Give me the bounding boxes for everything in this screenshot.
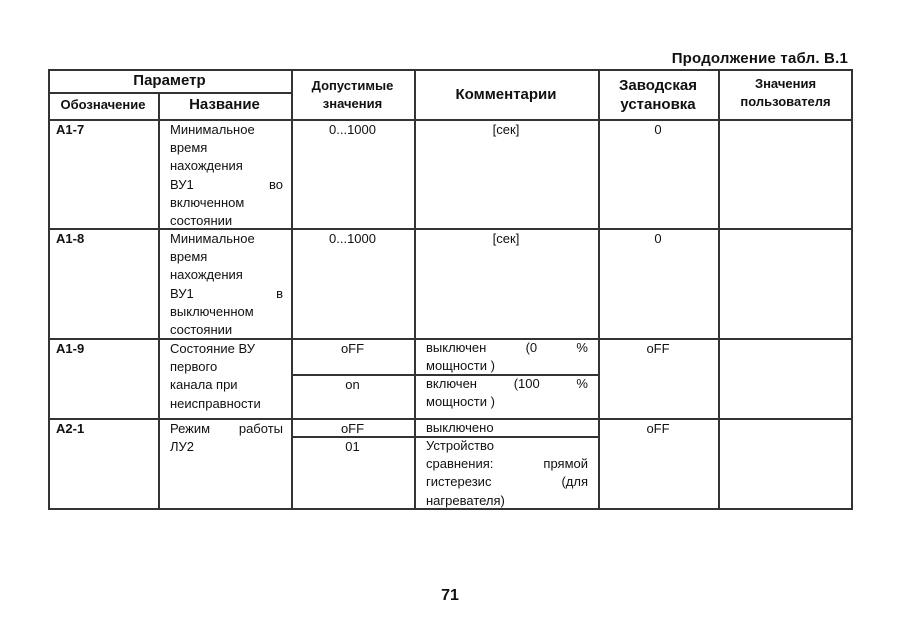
name-line: выключенном	[170, 303, 283, 321]
name-line: включенном	[170, 194, 283, 212]
table-row-a1-8-allowed-value: 0...1000	[291, 228, 414, 338]
column-rule	[414, 71, 416, 119]
header-parameter: Параметр	[48, 71, 291, 92]
table-caption: Продолжение табл. В.1	[672, 50, 848, 67]
name-line: время	[170, 248, 283, 266]
table-row-a1-7-allowed-value: 0...1000	[291, 119, 414, 228]
name-line: Состояние ВУ	[170, 340, 283, 358]
sub-row-rule	[291, 436, 598, 438]
header-rule	[48, 92, 291, 94]
column-rule	[291, 228, 293, 338]
column-rule	[598, 119, 600, 228]
table-row-a1-9-name: Состояние ВУпервогоканала принеисправнос…	[158, 338, 291, 418]
comment-line: сравнения:прямой	[426, 455, 588, 473]
column-rule	[598, 338, 600, 418]
column-rule	[718, 71, 720, 119]
column-rule	[598, 418, 600, 510]
comment-line: гистерезис(для	[426, 473, 588, 491]
column-rule	[291, 418, 293, 510]
table-row-a1-7-comment: [сек]	[414, 119, 598, 228]
column-rule	[718, 119, 720, 228]
column-rule	[598, 71, 600, 119]
column-rule	[718, 338, 720, 418]
page-number: 71	[0, 587, 900, 605]
column-rule	[291, 71, 293, 119]
comment-line: включен(100%	[426, 375, 588, 393]
header-designation: Обозначение	[48, 92, 158, 119]
table-row-a1-9-allowed-value: on	[291, 374, 414, 418]
table-row-a2-1-comment: выключено	[414, 418, 598, 436]
table-row-a1-9-user-value	[718, 338, 853, 418]
name-line: ВУ1в	[170, 285, 283, 303]
table-row-a1-9-allowed-value: oFF	[291, 338, 414, 374]
column-rule	[414, 119, 416, 228]
comment-line: мощности )	[426, 393, 588, 411]
column-rule	[414, 338, 416, 418]
name-line: состоянии	[170, 321, 283, 339]
column-rule	[158, 228, 160, 338]
header-comments: Комментарии	[414, 71, 598, 119]
header-name: Название	[158, 92, 291, 119]
column-rule	[718, 418, 720, 510]
column-rule	[158, 338, 160, 418]
table-row-a1-8-code: A1-8	[48, 228, 158, 338]
comment-line: выключено	[426, 419, 588, 437]
column-rule	[718, 228, 720, 338]
table-row-a1-8-factory-setting: 0	[598, 228, 718, 338]
comment-line: нагревателя)	[426, 492, 588, 510]
table-row-a2-1-code: A2-1	[48, 418, 158, 510]
column-rule	[158, 92, 160, 119]
header-factory-setting: Заводскаяустановка	[598, 71, 718, 119]
name-line: Минимальное	[170, 121, 283, 139]
table-row-a2-1-allowed-value: oFF	[291, 418, 414, 436]
sub-row-rule	[291, 374, 598, 376]
column-rule	[291, 119, 293, 228]
name-line: нахождения	[170, 266, 283, 284]
table-row-a1-9-code: A1-9	[48, 338, 158, 418]
table-row-a1-8-user-value	[718, 228, 853, 338]
table-row-a1-8-comment: [сек]	[414, 228, 598, 338]
table-row-a2-1-name: РежимработыЛУ2	[158, 418, 291, 510]
name-line: время	[170, 139, 283, 157]
comment-line: Устройство	[426, 437, 588, 455]
table-row-a1-7-name: МинимальноевремянахожденияВУ1вовключенно…	[158, 119, 291, 228]
table-row-a1-7-factory-setting: 0	[598, 119, 718, 228]
column-rule	[158, 119, 160, 228]
column-rule	[158, 418, 160, 510]
table-row-a1-9-comment: выключен(0%мощности )	[414, 338, 598, 374]
name-line: канала при	[170, 376, 283, 394]
column-rule	[598, 228, 600, 338]
table-row-a2-1-factory-setting: oFF	[598, 418, 718, 510]
table-row-a1-7-code: A1-7	[48, 119, 158, 228]
table-row-a1-9-comment: включен(100%мощности )	[414, 374, 598, 418]
header-user-values: Значенияпользователя	[718, 71, 853, 119]
name-line: ЛУ2	[170, 438, 283, 456]
table-row-a1-9-factory-setting: oFF	[598, 338, 718, 418]
column-rule	[414, 418, 416, 510]
table-row-a1-7-user-value	[718, 119, 853, 228]
name-line: Режимработы	[170, 420, 283, 438]
name-line: Минимальное	[170, 230, 283, 248]
column-rule	[414, 228, 416, 338]
table-row-a1-8-name: МинимальноевремянахожденияВУ1ввыключенно…	[158, 228, 291, 338]
comment-line: мощности )	[426, 357, 588, 375]
name-line: ВУ1во	[170, 176, 283, 194]
name-line: нахождения	[170, 157, 283, 175]
table-row-a2-1-allowed-value: 01	[291, 436, 414, 510]
table-row-a2-1-comment: Устройствосравнения:прямойгистерезис(для…	[414, 436, 598, 510]
table-row-a2-1-user-value	[718, 418, 853, 510]
name-line: первого	[170, 358, 283, 376]
comment-line: выключен(0%	[426, 339, 588, 357]
column-rule	[291, 338, 293, 418]
header-allowed-values: Допустимыезначения	[291, 71, 414, 119]
parameters-table: ПараметрОбозначениеНазваниеДопустимыезна…	[48, 69, 853, 510]
name-line: неисправности	[170, 395, 283, 413]
